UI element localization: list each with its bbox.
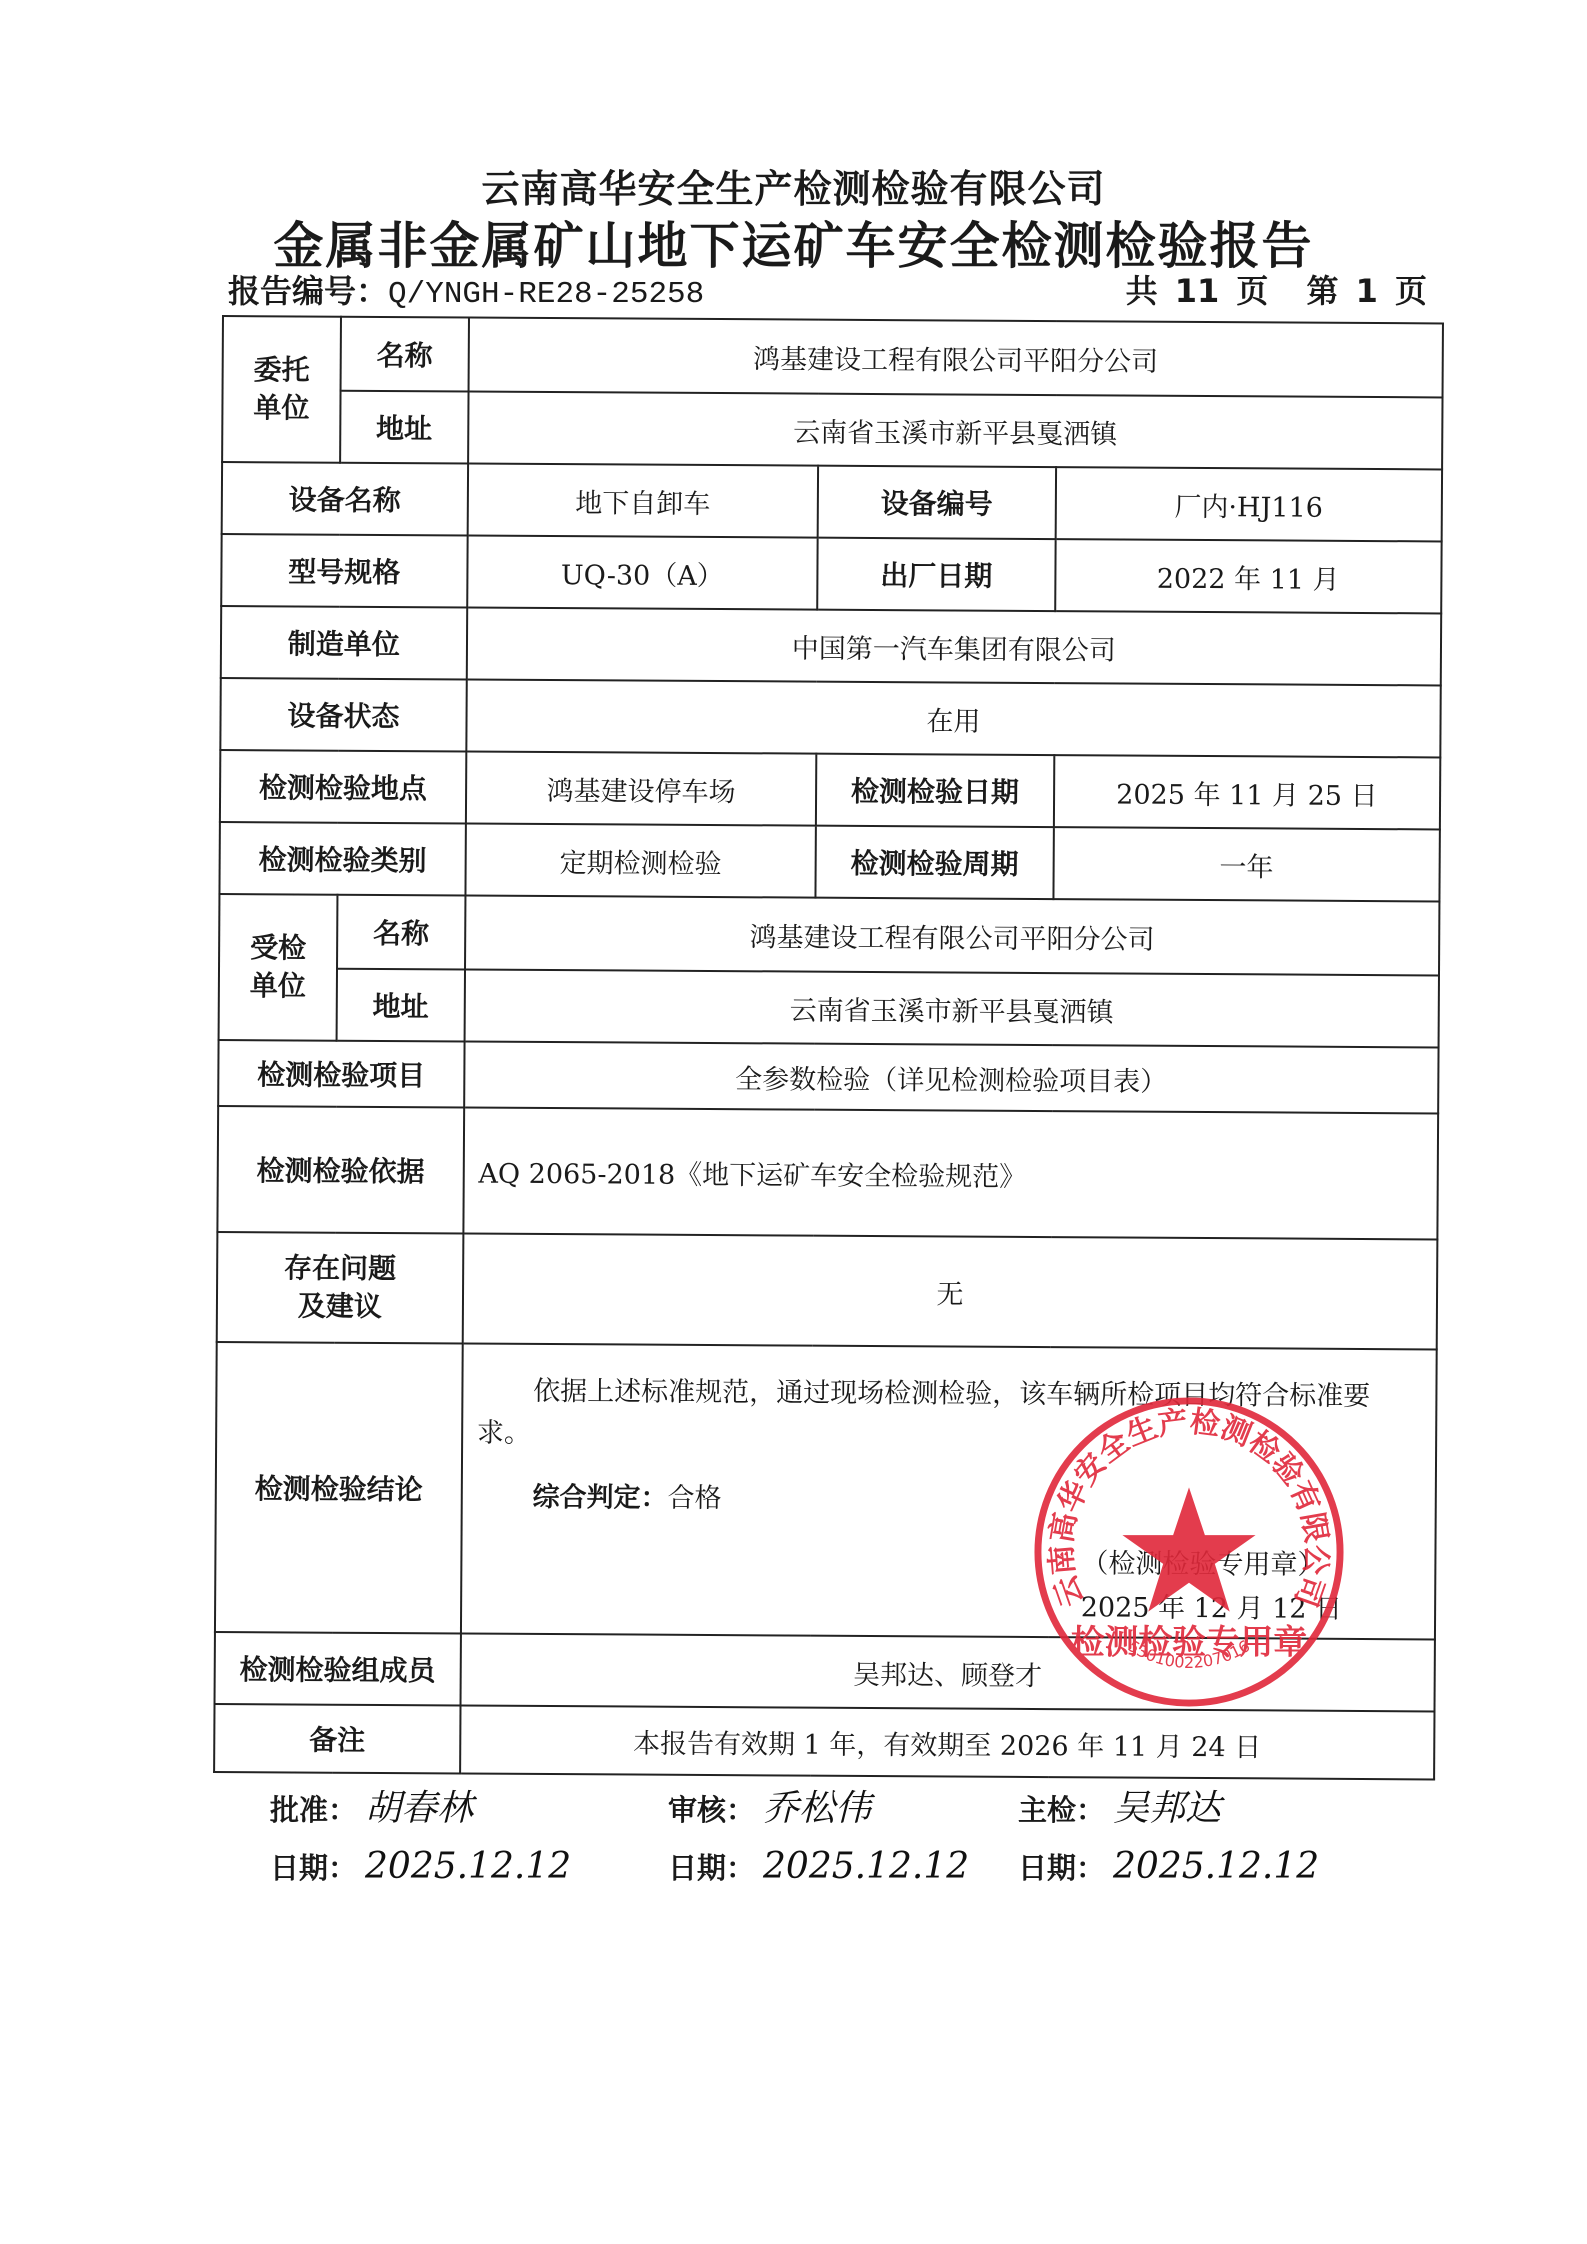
inspected-address-label: 地址 — [336, 969, 464, 1042]
cycle-value: 一年 — [1053, 827, 1440, 901]
manufacture-date-label: 出厂日期 — [817, 538, 1055, 611]
client-group-label: 委托单位 — [222, 316, 341, 463]
model-label: 型号规格 — [221, 534, 467, 607]
equipment-row: 设备名称 地下自卸车 设备编号 厂内·HJ116 — [222, 462, 1442, 541]
review-signature: 审核：乔松伟 — [668, 1780, 871, 1831]
report-number: 报告编号：Q/YNGH-RE28-25258 — [228, 266, 704, 312]
approve-date: 日期：2025.12.12 — [270, 1846, 571, 1887]
conclusion-label: 检测检验结论 — [215, 1342, 462, 1633]
basis-row: 检测检验依据 AQ 2065-2018《地下运矿车安全检验规范》 — [217, 1106, 1438, 1239]
model-value: UQ-30（A） — [467, 536, 818, 610]
client-address-row: 地址 云南省玉溪市新平县戛洒镇 — [222, 390, 1442, 469]
status-row: 设备状态 在用 — [220, 678, 1440, 757]
remarks-value: 本报告有效期 1 年，有效期至 2026 年 11 月 24 日 — [460, 1705, 1435, 1779]
category-row: 检测检验类别 定期检测检验 检测检验周期 一年 — [219, 822, 1439, 901]
items-value: 全参数检验（详见检测检验项目表） — [464, 1041, 1439, 1113]
basis-label: 检测检验依据 — [217, 1106, 463, 1233]
category-label: 检测检验类别 — [219, 822, 465, 895]
inspected-group-label: 受检单位 — [219, 894, 338, 1041]
issues-row: 存在问题及建议 无 — [217, 1232, 1438, 1349]
manufacture-date-value: 2022 年 11 月 — [1055, 539, 1442, 613]
inspection-date-label: 检测检验日期 — [816, 754, 1054, 827]
location-row: 检测检验地点 鸿基建设停车场 检测检验日期 2025 年 11 月 25 日 — [220, 750, 1440, 829]
conclusion-text: 依据上述标准规范，通过现场检测检验，该车辆所检项目均符合标准要求。 — [477, 1371, 1422, 1461]
cycle-label: 检测检验周期 — [816, 826, 1054, 899]
members-row: 检测检验组成员 吴邦达、顾登才 — [215, 1632, 1435, 1711]
report-number-value: Q/YNGH-RE28-25258 — [388, 277, 704, 312]
remarks-label: 备注 — [214, 1704, 460, 1773]
verdict-label: 综合判定： — [532, 1482, 667, 1514]
conclusion-row: 检测检验结论 依据上述标准规范，通过现场检测检验，该车辆所检项目均符合标准要求。… — [215, 1342, 1437, 1639]
report-number-label: 报告编号： — [228, 272, 388, 310]
members-label: 检测检验组成员 — [215, 1632, 461, 1705]
chief-signature: 主检：吴邦达 — [1018, 1780, 1221, 1831]
verdict-value: 合格 — [667, 1483, 721, 1514]
equipment-no-value: 厂内·HJ116 — [1055, 467, 1442, 541]
status-label: 设备状态 — [220, 678, 466, 751]
equipment-name-label: 设备名称 — [222, 462, 468, 535]
chief-date: 日期：2025.12.12 — [1018, 1846, 1319, 1887]
current-page: 第 1 页 — [1306, 272, 1427, 310]
seal-date: 2025 年 12 月 12 日 — [1081, 1585, 1343, 1626]
inspected-name-row: 受检单位 名称 鸿基建设工程有限公司平阳分公司 — [219, 894, 1439, 975]
inspected-name-label: 名称 — [337, 895, 465, 970]
category-value: 定期检测检验 — [465, 823, 816, 897]
review-date: 日期：2025.12.12 — [668, 1846, 969, 1887]
client-name-label: 名称 — [340, 317, 468, 392]
client-name-value: 鸿基建设工程有限公司平阳分公司 — [468, 318, 1443, 398]
issues-value: 无 — [462, 1233, 1437, 1349]
members-value: 吴邦达、顾登才 — [460, 1633, 1435, 1711]
client-address-value: 云南省玉溪市新平县戛洒镇 — [468, 392, 1443, 470]
manufacturer-value: 中国第一汽车集团有限公司 — [466, 608, 1441, 686]
approve-signature: 批准：胡春林 — [270, 1780, 473, 1831]
inspection-date-value: 2025 年 11 月 25 日 — [1054, 755, 1441, 829]
review-sign: 乔松伟 — [763, 1788, 871, 1829]
client-name-row: 委托单位 名称 鸿基建设工程有限公司平阳分公司 — [223, 316, 1443, 397]
total-pages: 共 11 页 — [1126, 272, 1269, 310]
verdict: 综合判定：合格 — [476, 1477, 1421, 1525]
manufacturer-row: 制造单位 中国第一汽车集团有限公司 — [221, 606, 1441, 685]
inspected-name-value: 鸿基建设工程有限公司平阳分公司 — [465, 895, 1440, 975]
equipment-no-label: 设备编号 — [818, 466, 1056, 539]
location-value: 鸿基建设停车场 — [466, 751, 817, 825]
basis-value: AQ 2065-2018《地下运矿车安全检验规范》 — [463, 1107, 1438, 1239]
company-name: 云南高华安全生产检测检验有限公司 — [0, 158, 1587, 213]
report-table: 委托单位 名称 鸿基建设工程有限公司平阳分公司 地址 云南省玉溪市新平县戛洒镇 … — [213, 315, 1444, 1780]
seal-note: （检测检验专用章） — [1081, 1541, 1324, 1581]
remarks-row: 备注 本报告有效期 1 年，有效期至 2026 年 11 月 24 日 — [214, 1704, 1434, 1779]
page-info: 共 11 页第 1 页 — [1088, 266, 1427, 312]
issues-label: 存在问题及建议 — [217, 1232, 463, 1343]
status-value: 在用 — [466, 680, 1441, 758]
items-label: 检测检验项目 — [218, 1040, 464, 1107]
items-row: 检测检验项目 全参数检验（详见检测检验项目表） — [218, 1040, 1438, 1113]
approve-sign: 胡春林 — [365, 1788, 473, 1829]
manufacturer-label: 制造单位 — [221, 606, 467, 679]
client-address-label: 地址 — [340, 391, 468, 464]
conclusion-cell: 依据上述标准规范，通过现场检测检验，该车辆所检项目均符合标准要求。 综合判定：合… — [461, 1343, 1437, 1639]
chief-sign: 吴邦达 — [1113, 1788, 1221, 1829]
inspected-address-value: 云南省玉溪市新平县戛洒镇 — [464, 969, 1439, 1047]
model-row: 型号规格 UQ-30（A） 出厂日期 2022 年 11 月 — [221, 534, 1441, 613]
equipment-name-value: 地下自卸车 — [467, 464, 818, 538]
location-label: 检测检验地点 — [220, 750, 466, 823]
inspected-address-row: 地址 云南省玉溪市新平县戛洒镇 — [219, 968, 1439, 1047]
